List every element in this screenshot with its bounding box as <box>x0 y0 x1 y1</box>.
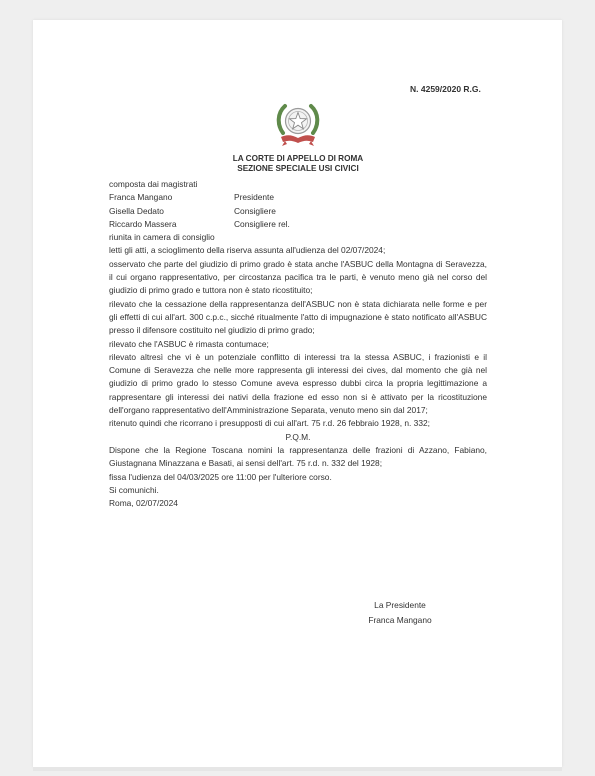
magistrate-name: Riccardo Massera <box>109 218 234 231</box>
pqm-heading: P.Q.M. <box>109 431 487 444</box>
paragraph: osservato che parte del giudizio di prim… <box>109 258 487 298</box>
dispositive-line: Si comunichi. <box>109 484 487 497</box>
italian-republic-emblem-icon <box>273 99 323 149</box>
court-name: LA CORTE DI APPELLO DI ROMA <box>180 154 416 164</box>
paragraph: letti gli atti, a scioglimento della ris… <box>109 244 487 257</box>
magistrate-row: Gisella Dedato Consigliere <box>109 205 487 218</box>
magistrate-role: Consigliere <box>234 205 276 218</box>
document-body: composta dai magistrati Franca Mangano P… <box>109 178 487 510</box>
magistrate-role: Consigliere rel. <box>234 218 290 231</box>
paragraph: ritenuto quindi che ricorrano i presuppo… <box>109 417 487 430</box>
meeting-line: riunita in camera di consiglio <box>109 231 487 244</box>
dispositive-line: Dispone che la Regione Toscana nomini la… <box>109 444 487 471</box>
place-date: Roma, 02/07/2024 <box>109 497 487 510</box>
dispositive-line: fissa l'udienza del 04/03/2025 ore 11:00… <box>109 471 487 484</box>
page-bottom-edge <box>33 767 562 771</box>
signature-block: La Presidente Franca Mangano <box>340 598 460 628</box>
signature-title: La Presidente <box>340 598 460 613</box>
composed-by: composta dai magistrati <box>109 178 487 191</box>
magistrate-name: Gisella Dedato <box>109 205 234 218</box>
magistrate-row: Riccardo Massera Consigliere rel. <box>109 218 487 231</box>
magistrate-name: Franca Mangano <box>109 191 234 204</box>
court-heading: LA CORTE DI APPELLO DI ROMA SEZIONE SPEC… <box>180 154 416 174</box>
paragraph: rilevato che l'ASBUC è rimasta contumace… <box>109 338 487 351</box>
paragraph: rilevato altresì che vi è un potenziale … <box>109 351 487 417</box>
signature-name: Franca Mangano <box>340 613 460 628</box>
magistrate-row: Franca Mangano Presidente <box>109 191 487 204</box>
paragraph: rilevato che la cessazione della rappres… <box>109 298 487 338</box>
case-number: N. 4259/2020 R.G. <box>410 84 481 94</box>
magistrate-role: Presidente <box>234 191 274 204</box>
section-name: SEZIONE SPECIALE USI CIVICI <box>180 164 416 174</box>
